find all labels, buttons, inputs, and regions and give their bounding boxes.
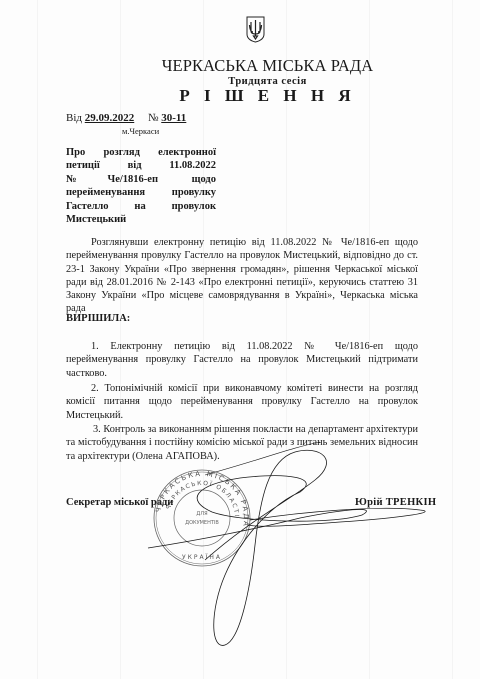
decision-number: 30-11 (161, 112, 186, 124)
subject-line: Про розгляд електронної (66, 146, 216, 159)
subject-line: петиції від 11.08.2022 (66, 159, 216, 172)
dateline: Від 29.09.2022 № 30-11 (66, 112, 186, 124)
signer-position: Секретар міської ради (66, 497, 173, 508)
subject-line: Мистецький (66, 213, 216, 226)
city: м.Черкаси (122, 126, 159, 136)
date-prefix: Від (66, 112, 82, 124)
subject-line: №Че/1816-еп щодо (66, 173, 216, 186)
subject-line: Гастелло на провулок (66, 200, 216, 213)
resolved-heading: ВИРІШИЛА: (66, 313, 130, 324)
document-type: Р І Ш Е Н Н Я (0, 86, 480, 106)
document-page: ЧЕРКАСЬКА МІСЬКА РАДА Тридцята сесія Р І… (0, 0, 480, 679)
resolution-item-3: 3. Контроль за виконанням рішення поклас… (66, 423, 418, 463)
decision-date: 29.09.2022 (85, 112, 135, 124)
svg-text:ЧЕРКАСЬКОЇ ОБЛАСТІ: ЧЕРКАСЬКОЇ ОБЛАСТІ (165, 480, 240, 518)
resolution-item-2: 2. Топонімічній комісії при виконавчому … (66, 382, 418, 422)
subject-block: Про розгляд електронної петиції від 11.0… (66, 146, 216, 226)
stamp-center-line1: ДЛЯ (196, 511, 207, 517)
council-name: ЧЕРКАСЬКА МІСЬКА РАДА (0, 56, 480, 76)
stamp-inner-text: ЧЕРКАСЬКОЇ ОБЛАСТІ (165, 480, 240, 518)
subject-line: перейменування провулку (66, 186, 216, 199)
intro-paragraph: Розглянувши електронну петицію від 11.08… (66, 236, 418, 316)
stamp-center-line2: ДОКУМЕНТІВ (185, 520, 219, 526)
signer-name: Юрій ТРЕНКІН (355, 497, 436, 508)
number-prefix: № (148, 112, 159, 124)
official-stamp: ЧЕРКАСЬКА МІСЬКА РАДА ЧЕРКАСЬКОЇ ОБЛАСТІ… (152, 468, 252, 568)
ukraine-trident-icon (246, 16, 265, 43)
resolution-item-1: 1. Електронну петицію від 11.08.2022 № Ч… (66, 340, 418, 380)
stamp-bottom-text: УКРАЇНА (182, 554, 222, 561)
